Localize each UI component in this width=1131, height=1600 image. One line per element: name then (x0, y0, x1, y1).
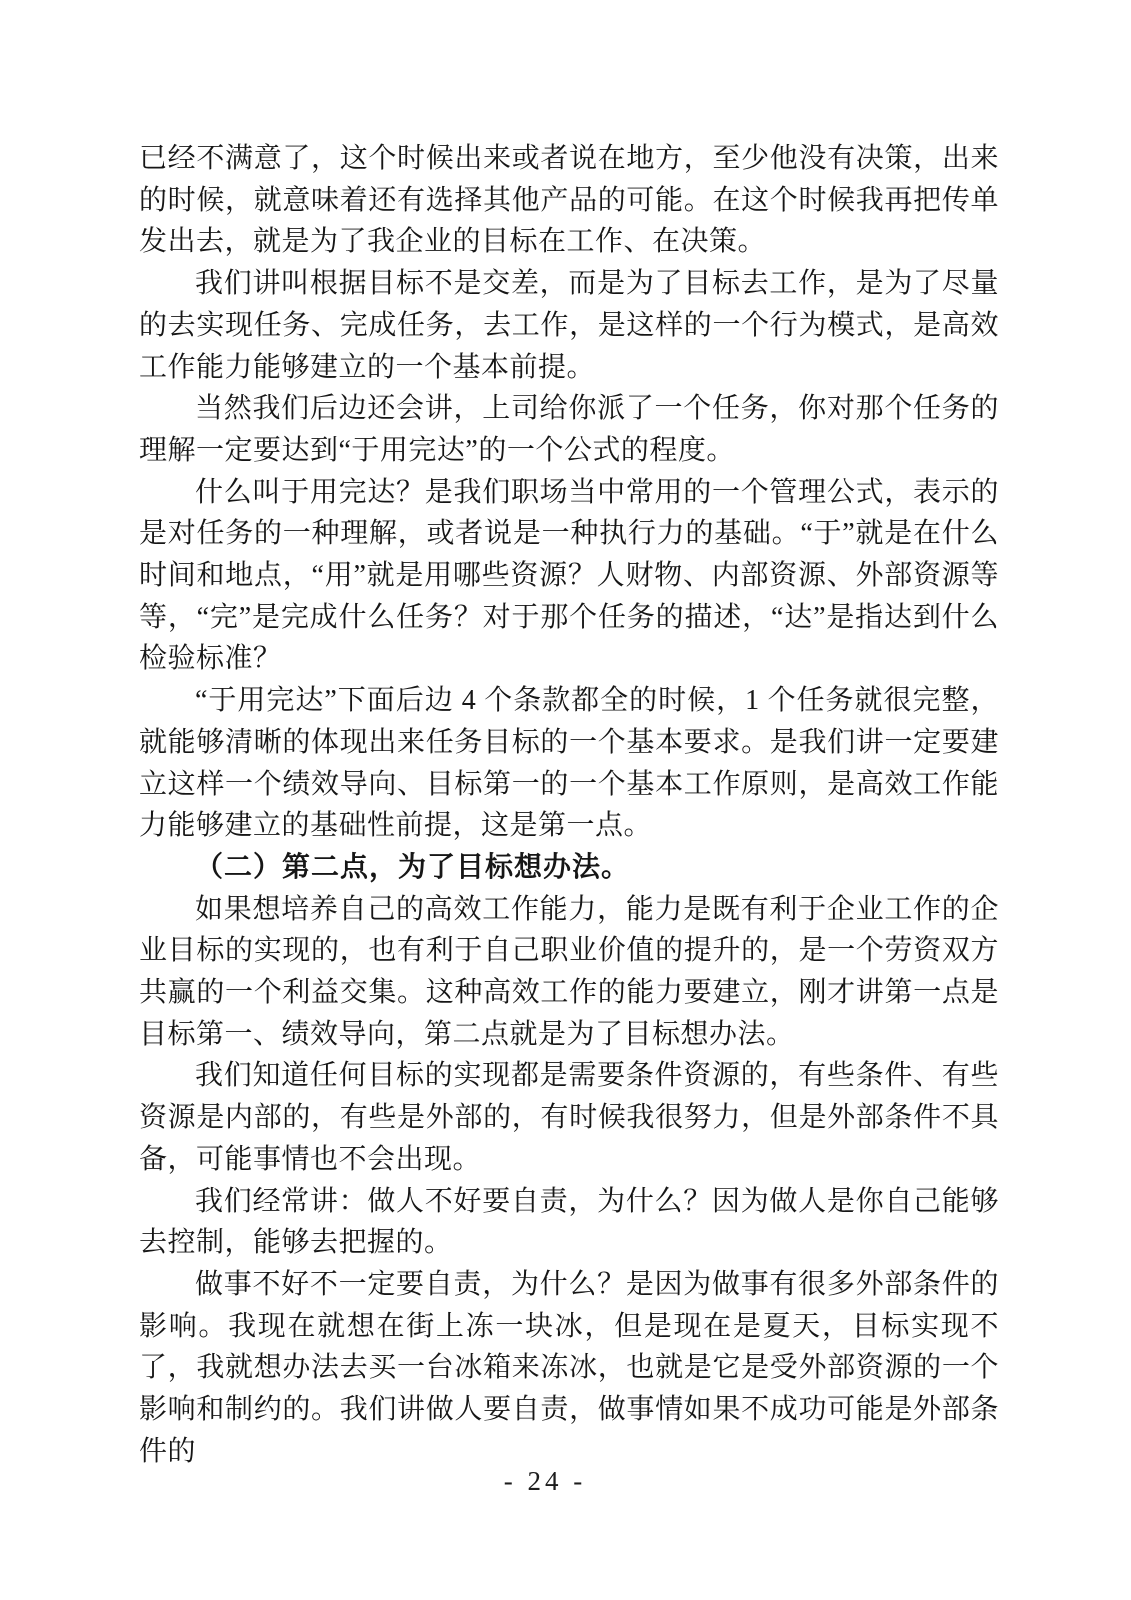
document-page: 已经不满意了，这个时候出来或者说在地方，至少他没有决策，出来的时候，就意味着还有… (0, 0, 1131, 1600)
body-paragraph: 已经不满意了，这个时候出来或者说在地方，至少他没有决策，出来的时候，就意味着还有… (139, 138, 999, 263)
body-paragraph: 我们知道任何目标的实现都是需要条件资源的，有些条件、有些资源是内部的，有些是外部… (139, 1055, 999, 1180)
page-footer: - 24 - (0, 1466, 1090, 1497)
body-paragraph: 如果想培养自己的高效工作能力，能力是既有利于企业工作的企业目标的实现的，也有利于… (139, 889, 999, 1056)
body-paragraph: 当然我们后边还会讲，上司给你派了一个任务，你对那个任务的理解一定要达到“于用完达… (139, 388, 999, 471)
page-number: - 24 - (504, 1466, 586, 1496)
section-heading: （二）第二点，为了目标想办法。 (139, 847, 999, 889)
body-paragraph: 我们经常讲：做人不好要自责，为什么？因为做人是你自己能够去控制，能够去把握的。 (139, 1181, 999, 1264)
body-paragraph: 做事不好不一定要自责，为什么？是因为做事有很多外部条件的影响。我现在就想在街上冻… (139, 1264, 999, 1473)
document-body: 已经不满意了，这个时候出来或者说在地方，至少他没有决策，出来的时候，就意味着还有… (139, 138, 999, 1473)
body-paragraph: 什么叫于用完达？是我们职场当中常用的一个管理公式，表示的是对任务的一种理解，或者… (139, 472, 999, 681)
body-paragraph: “于用完达”下面后边 4 个条款都全的时候，1 个任务就很完整，就能够清晰的体现… (139, 680, 999, 847)
body-paragraph: 我们讲叫根据目标不是交差，而是为了目标去工作，是为了尽量的去实现任务、完成任务，… (139, 263, 999, 388)
